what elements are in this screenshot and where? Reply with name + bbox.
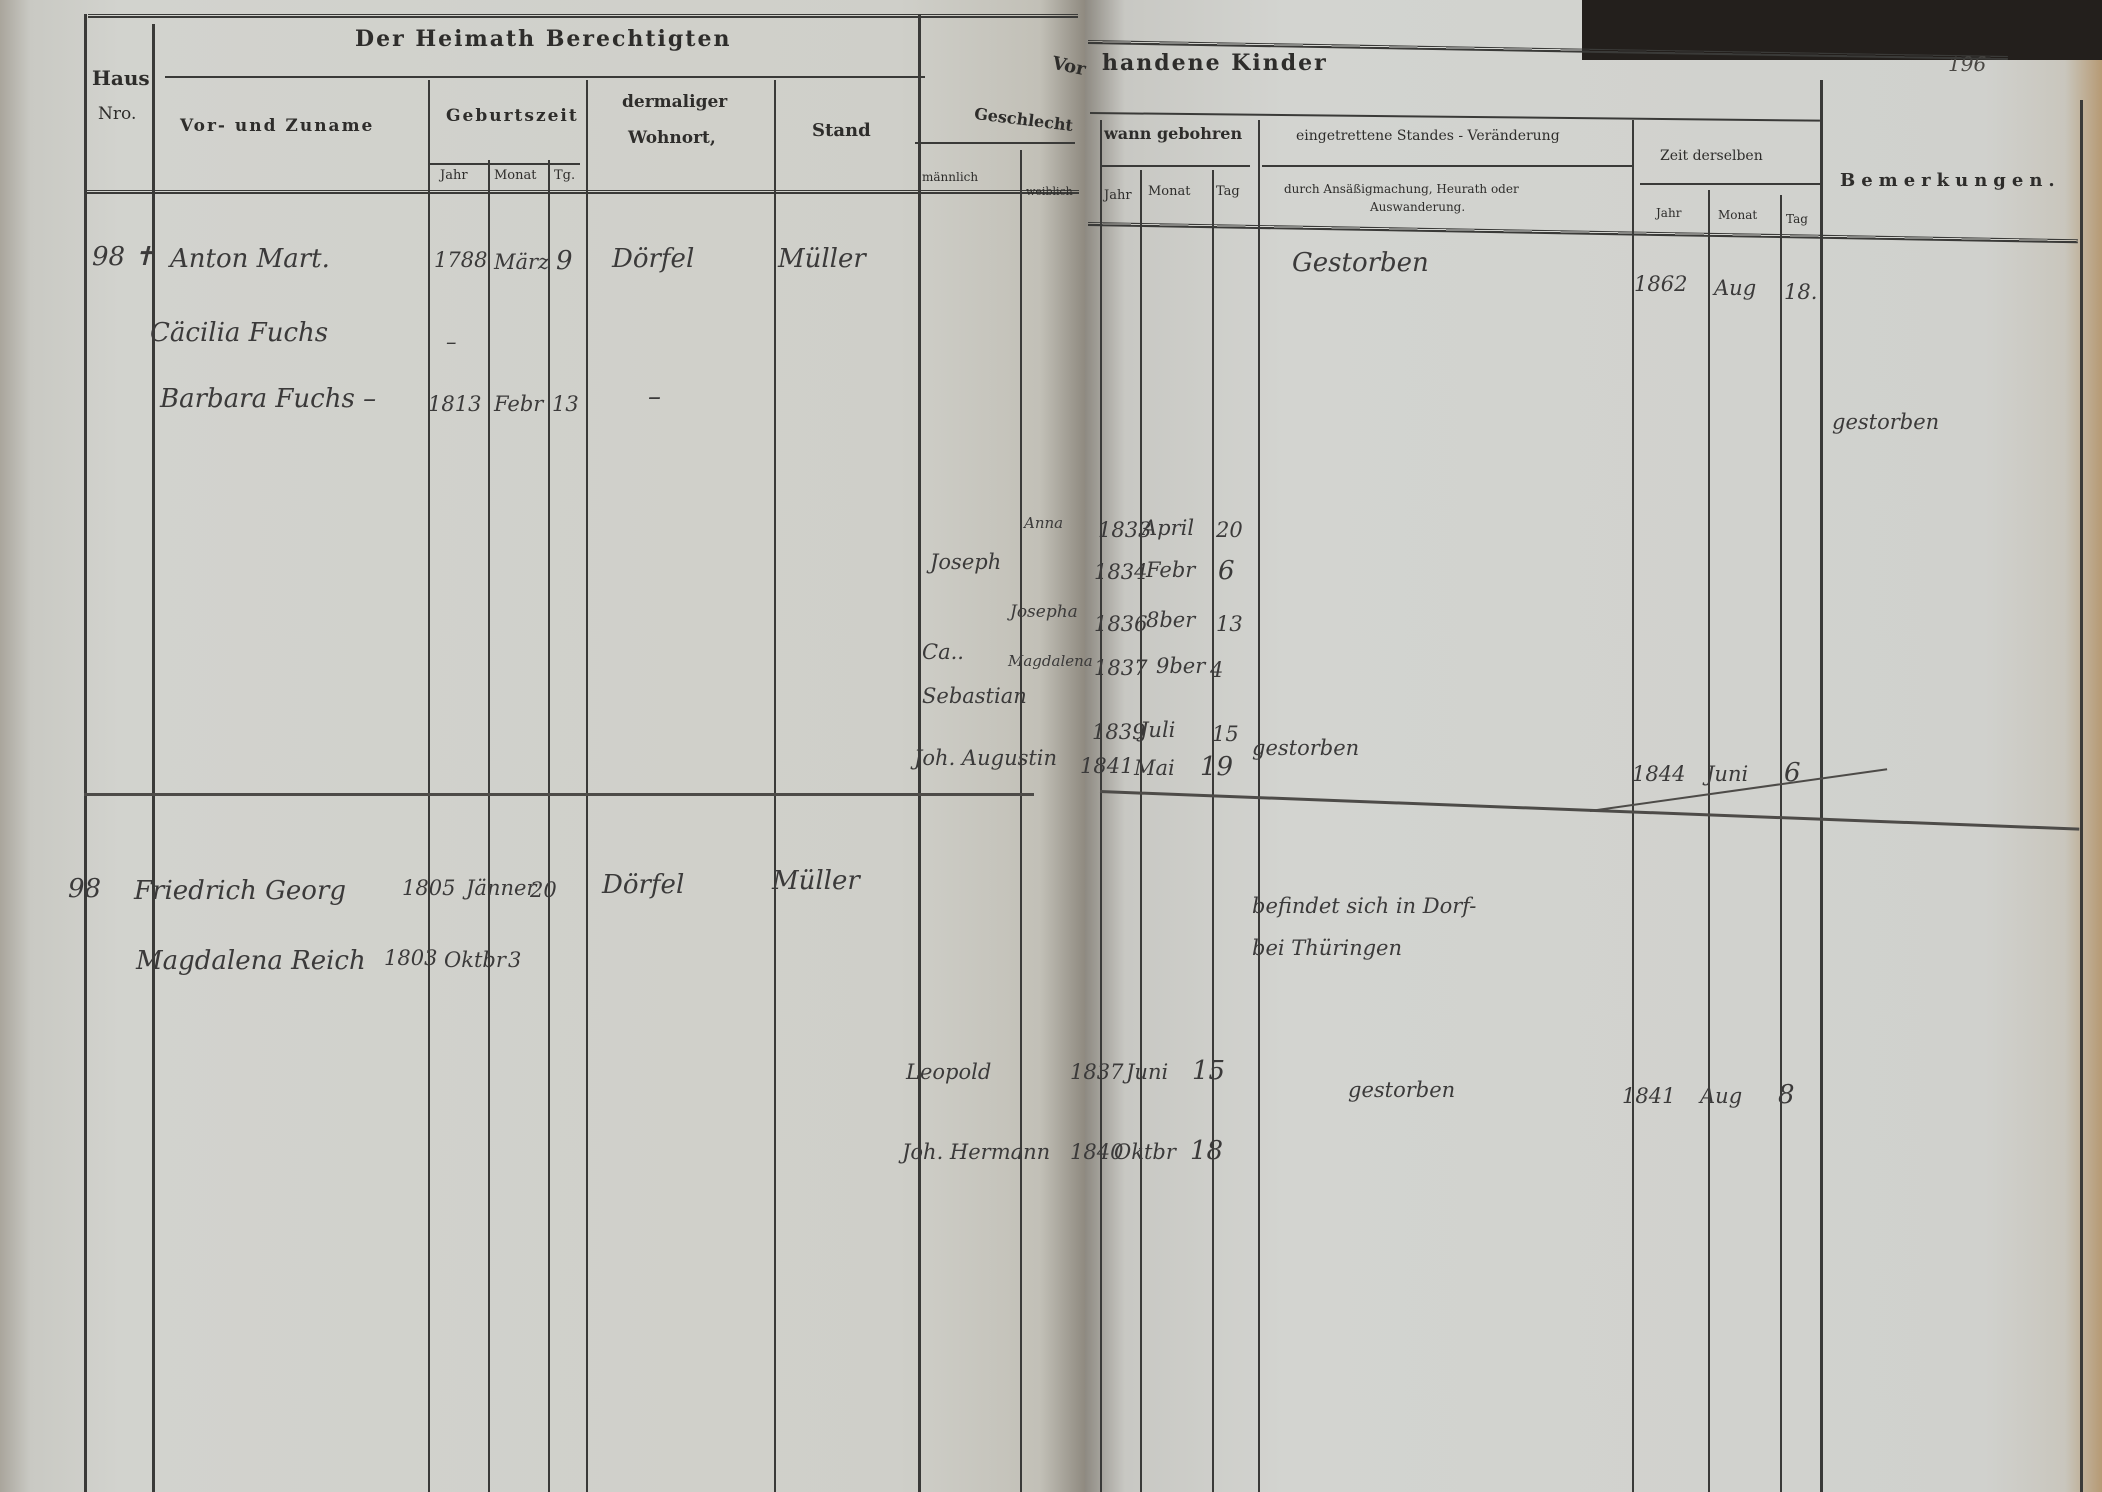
header-time-year: Jahr <box>1656 206 1681 220</box>
member-residence: Dörfel <box>612 244 694 274</box>
member-birth-day: 13 <box>552 392 579 416</box>
child-day: 15 <box>1192 1056 1225 1086</box>
child-change-month: Aug <box>1700 1084 1742 1108</box>
header-change: eingetrettene Standes - Veränderung <box>1296 128 1560 144</box>
header-residence-line2: Wohnort, <box>628 128 716 148</box>
rule-v-born-day <box>1212 170 1214 1492</box>
member-birth-day: 9 <box>556 246 573 276</box>
member-birth-year: 1803 <box>384 946 437 970</box>
header-residence-line1: dermaliger <box>622 92 727 112</box>
rule-sex-sub <box>915 142 1075 144</box>
house-number: 98 ✝ <box>92 242 155 272</box>
rule-v-month <box>488 160 490 1492</box>
member-residence: – <box>648 382 661 412</box>
child-month: Mai <box>1134 756 1175 780</box>
header-birth-month: Monat <box>494 168 537 183</box>
child-male: Leopold <box>906 1060 991 1084</box>
member-residence: Dörfel <box>602 870 684 900</box>
child-day: 15 <box>1212 722 1239 746</box>
child-male: Ca.. <box>922 640 964 664</box>
member-birth-year: 1788 <box>434 248 487 272</box>
header-birth-day: Tg. <box>554 168 575 183</box>
rule-v-born-month <box>1140 170 1142 1492</box>
child-female: Magdalena <box>1008 652 1093 670</box>
child-year: 1834 <box>1094 560 1147 584</box>
member-birth-year: – <box>446 330 457 354</box>
header-born-month: Monat <box>1148 184 1191 199</box>
member-birth-day: 3 <box>508 948 521 972</box>
rule-v-time-day <box>1780 195 1782 1492</box>
header-change-sub-line2: Auswanderung. <box>1370 200 1465 214</box>
rule-header-bottom <box>84 190 1079 194</box>
child-month: Juli <box>1140 718 1175 742</box>
rule-change-sub <box>1262 165 1632 167</box>
member-name: Anton Mart. <box>170 244 330 274</box>
child-year: 1837 <box>1070 1060 1123 1084</box>
child-change: gestorben <box>1348 1078 1455 1102</box>
header-name: Vor- und Zuname <box>180 116 374 136</box>
remark-note: gestorben <box>1832 410 1939 434</box>
header-time-month: Monat <box>1718 208 1757 222</box>
rule-v-day <box>548 160 550 1492</box>
child-change: gestorben <box>1252 736 1359 760</box>
member-birth-month: März <box>494 250 549 274</box>
house-number: 98 <box>68 874 101 904</box>
header-born-year: Jahr <box>1104 188 1132 203</box>
rule-v-time-month <box>1708 190 1710 1492</box>
rule-v-birth <box>428 80 430 1492</box>
header-status: Stand <box>812 120 871 141</box>
rule-time-sub <box>1640 183 1820 185</box>
child-year: 1841 <box>1080 754 1133 778</box>
header-house-line1: Haus <box>92 66 150 90</box>
rule-v-right-edge <box>2080 100 2083 1492</box>
child-year: 1837 <box>1094 656 1147 680</box>
child-day: 19 <box>1200 752 1233 782</box>
header-section-right: handene Kinder <box>1102 50 1328 76</box>
member-birth-month: Jänner <box>466 876 536 900</box>
header-change-sub-line1: durch Ansäßigmachung, Heurath oder <box>1284 182 1519 196</box>
change-year: 1862 <box>1634 272 1687 296</box>
child-male: Joh. Augustin <box>914 746 1057 770</box>
rule-v-house-left <box>84 14 87 1492</box>
rule-v-status <box>774 80 776 1492</box>
child-day: 13 <box>1216 612 1243 636</box>
child-male: Sebastian <box>922 684 1027 708</box>
change-day: 18. <box>1784 280 1817 304</box>
rule-v-female <box>1020 150 1022 1492</box>
child-day: 4 <box>1210 658 1223 682</box>
header-birth: Geburtszeit <box>446 106 579 126</box>
member-birth-month: Febr <box>494 392 543 416</box>
child-change-year: 1841 <box>1622 1084 1675 1108</box>
child-month: 8ber <box>1146 608 1195 632</box>
rule-v-change <box>1258 120 1260 1492</box>
child-month: 9ber <box>1156 654 1205 678</box>
child-change-month: Juni <box>1706 762 1748 786</box>
header-sex-female: weiblich <box>1026 185 1073 198</box>
header-house-line2: Nro. <box>98 104 136 124</box>
rule-top <box>88 14 1078 18</box>
member-status: Müller <box>772 866 860 896</box>
child-month: April <box>1142 516 1194 540</box>
change-month: Aug <box>1714 276 1756 300</box>
header-birth-year: Jahr <box>440 168 468 183</box>
member-birth-year: 1805 <box>402 876 455 900</box>
household-separator <box>84 793 1034 796</box>
child-year: 1836 <box>1094 612 1147 636</box>
header-time-day: Tag <box>1786 212 1808 226</box>
rule-birth-sub <box>430 163 580 165</box>
child-month: Juni <box>1126 1060 1168 1084</box>
remark-line1: befindet sich in Dorf- <box>1252 894 1476 918</box>
rule-section-left <box>165 76 925 78</box>
child-change-year: 1844 <box>1632 762 1685 786</box>
member-name: Cäcilia Fuchs <box>150 318 328 348</box>
member-birth-day: 20 <box>530 878 557 902</box>
child-male: Joseph <box>930 550 1001 574</box>
child-male: Joh. Hermann <box>902 1140 1050 1164</box>
header-time: Zeit derselben <box>1660 148 1763 164</box>
child-month: Febr <box>1146 558 1195 582</box>
header-section-left: Der Heimath Berechtigten <box>355 26 731 52</box>
member-name: Magdalena Reich <box>136 946 366 976</box>
header-remarks: Bemerkungen. <box>1840 170 2061 191</box>
child-female: Josepha <box>1010 602 1078 622</box>
child-change-day: 8 <box>1778 1080 1795 1110</box>
child-day: 6 <box>1218 556 1235 586</box>
remark-line2: bei Thüringen <box>1252 936 1402 960</box>
change-note: Gestorben <box>1292 248 1429 278</box>
member-name: Barbara Fuchs – <box>160 384 376 414</box>
rule-v-remarks <box>1820 80 1823 1492</box>
child-day: 18 <box>1190 1136 1223 1166</box>
rule-v-born <box>1100 120 1102 1492</box>
child-month: Oktbr <box>1114 1140 1176 1164</box>
header-born-day: Tag <box>1216 184 1240 199</box>
child-year: 1839 <box>1092 720 1145 744</box>
child-female: Anna <box>1024 514 1063 532</box>
header-sex-male: männlich <box>922 170 978 184</box>
member-status: Müller <box>778 244 866 274</box>
member-birth-month: Oktbr <box>444 948 506 972</box>
rule-v-residence <box>586 80 588 1492</box>
member-name: Friedrich Georg <box>134 876 346 906</box>
header-born: wann gebohren <box>1104 124 1242 143</box>
child-day: 20 <box>1216 518 1243 542</box>
member-birth-year: 1813 <box>428 392 481 416</box>
rule-born-sub <box>1100 165 1250 167</box>
